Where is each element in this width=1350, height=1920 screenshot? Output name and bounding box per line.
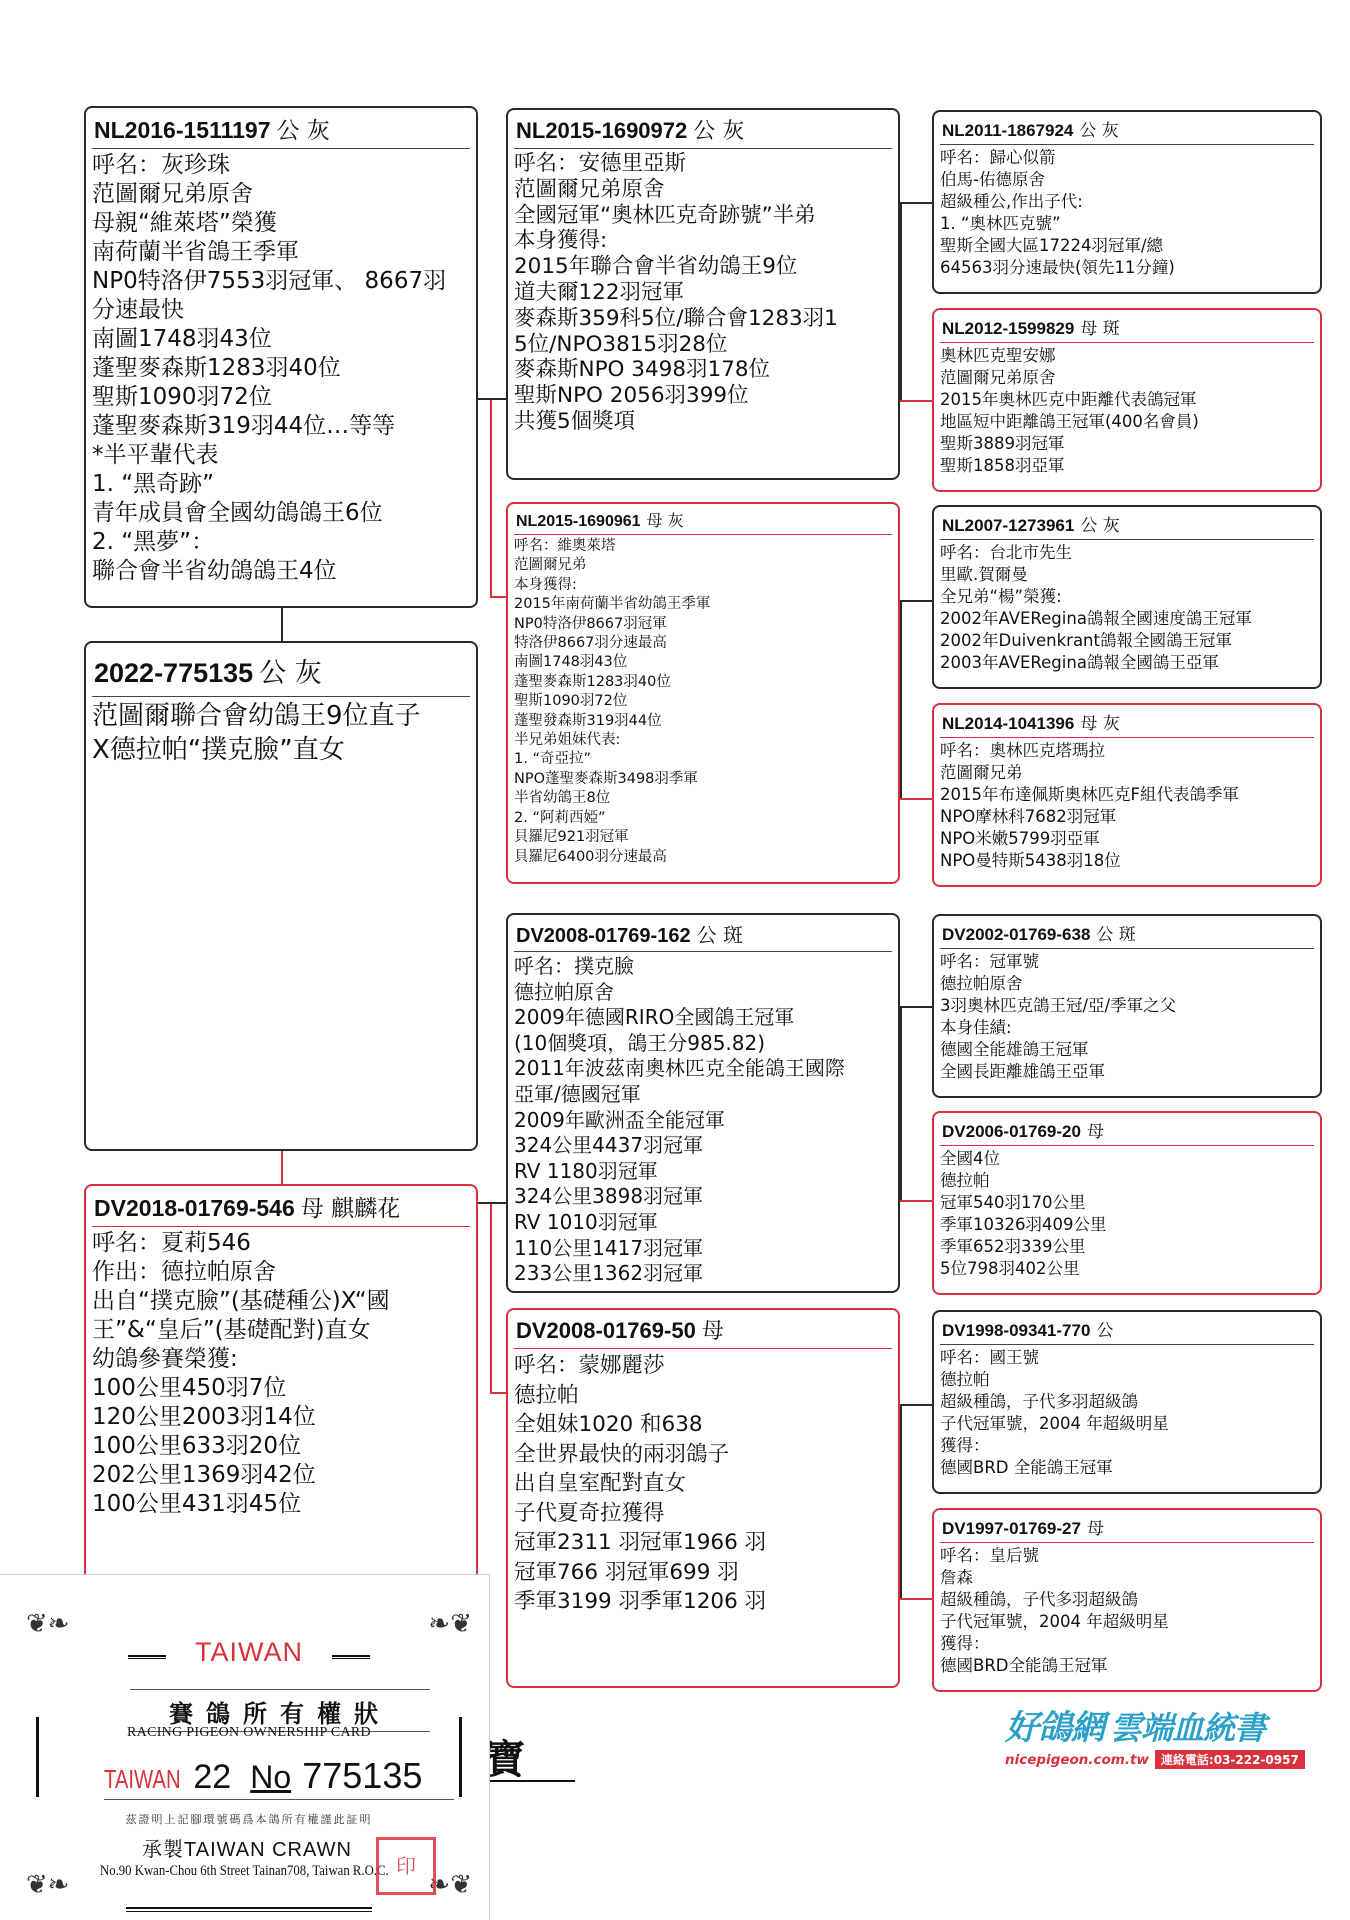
- ss-dam-card: NL2012-1599829母 斑 奧林匹克聖安娜 范圖爾兄弟原舍 2015年奧…: [932, 308, 1322, 492]
- note-line: 出自“撲克臉”(基礎種公)X“國: [92, 1287, 470, 1316]
- dam-sire-sex-color: 公 斑: [697, 923, 743, 947]
- dam-sire-notes: 呼名：撲克臉 德拉帕原舍 2009年德國RIRO全國鴿王冠軍 (10個獎項，鴿王…: [508, 952, 898, 1289]
- sire-sire-ring: NL2015-1690972: [516, 118, 687, 143]
- note-line: 麥森斯NPO 3498羽178位: [514, 357, 892, 383]
- connector-ss-dam-h: [900, 400, 932, 402]
- connector-sire-dam-h: [490, 596, 506, 598]
- certificate-frame: ❦❧ ❧❦ ❦❧ ❧❦ TAIWAN 賽鴿所有權狀 RACING PIGEON …: [34, 1615, 464, 1890]
- note-line: 德拉帕原舍: [514, 980, 892, 1006]
- signature-line: [485, 1780, 575, 1782]
- connector-ds-sire-h: [900, 1006, 932, 1008]
- connector-sire-subject: [281, 607, 283, 641]
- note-line: 子代冠軍號，2004 年超級明星: [940, 1413, 1314, 1435]
- note-line: 202公里1369羽42位: [92, 1461, 470, 1490]
- ring-number-row: TAIWAN 22 No 775135: [104, 1755, 454, 1800]
- connector-dam-dam-h: [490, 1392, 506, 1394]
- title-dash-right: [332, 1655, 370, 1659]
- dam-dam-ring: DV2008-01769-50: [516, 1318, 696, 1343]
- connector-sd-dam-h: [900, 798, 932, 800]
- note-line: 分速最快: [92, 296, 470, 325]
- note-line: 德拉帕: [514, 1381, 892, 1411]
- subject-ring: 2022-775135: [94, 658, 253, 688]
- dd-dam-card: DV1997-01769-27母 呼名：皇后號 詹森 超級種鴿，子代多羽超級鴿 …: [932, 1508, 1322, 1692]
- ds-sire-notes: 呼名：冠軍號 德拉帕原舍 3羽奧林匹克鴿王冠/亞/季軍之父 本身佳績: 德國全能…: [934, 949, 1320, 1085]
- connector-sd-sire-h: [900, 600, 932, 602]
- ds-sire-sex-color: 公 斑: [1096, 925, 1135, 945]
- note-line: 呼名：安德里亞斯: [514, 151, 892, 177]
- sire-dam-card: NL2015-1690961母 灰 呼名：維奧萊塔 范圖爾兄弟 本身獲得: 20…: [506, 502, 900, 884]
- sire-dam-ring: NL2015-1690961: [516, 513, 641, 530]
- brand-contact-row: nicepigeon.com.tw連絡電話:03-222-0957: [1005, 1749, 1325, 1769]
- ring-no-label: No: [250, 1759, 291, 1795]
- connector-dd-dam-h: [900, 1598, 932, 1600]
- dam-card: DV2018-01769-546母 麒麟花 呼名：夏莉546 作出：德拉帕原舍 …: [84, 1184, 478, 1604]
- note-line: 324公里3898羽冠軍: [514, 1184, 892, 1210]
- note-line: 呼名：皇后號: [940, 1545, 1314, 1567]
- note-line: 獲得：: [940, 1435, 1314, 1457]
- dam-dam-notes: 呼名：蒙娜麗莎 德拉帕 全姐妹1020 和638 全世界最快的兩羽鴿子 出自皇室…: [508, 1349, 898, 1619]
- note-line: 呼名：國王號: [940, 1347, 1314, 1369]
- note-line: RV 1180羽冠軍: [514, 1159, 892, 1185]
- dd-sire-card: DV1998-09341-770公 呼名：國王號 德拉帕 超級種鴿，子代多羽超級…: [932, 1310, 1322, 1494]
- sire-sire-header: NL2015-1690972公 灰: [514, 110, 892, 149]
- ss-sire-header: NL2011-1867924公 灰: [940, 112, 1314, 145]
- sd-dam-card: NL2014-1041396母 灰 呼名：奧林匹克塔瑪拉 范圖爾兄弟 2015年…: [932, 703, 1322, 887]
- sire-dam-header: NL2015-1690961母 灰: [514, 504, 892, 535]
- dam-header: DV2018-01769-546母 麒麟花: [92, 1186, 470, 1227]
- note-line: 2. “阿莉西婭”: [514, 809, 892, 828]
- note-line: 共獲5個獎項: [514, 409, 892, 435]
- sire-header: NL2016-1511197公 灰: [92, 108, 470, 149]
- note-line: 120公里2003羽14位: [92, 1403, 470, 1432]
- connector-sire-dam: [490, 398, 492, 598]
- maker-address: No.90 Kwan-Chou 6th Street Tainan708, Ta…: [100, 1863, 389, 1880]
- note-line: 出自皇室配對直女: [514, 1469, 892, 1499]
- note-line: 王”&“皇后”(基礎配對)直女: [92, 1316, 470, 1345]
- dam-ring: DV2018-01769-546: [94, 1195, 295, 1221]
- note-line: NP0特洛伊7553羽冠軍、 8667羽: [92, 267, 470, 296]
- note-line: NPO曼特斯5438羽18位: [940, 850, 1314, 872]
- connector-sire-sire-h: [478, 398, 506, 400]
- note-line: 呼名：夏莉546: [92, 1229, 470, 1258]
- dd-dam-sex-color: 母: [1087, 1519, 1104, 1539]
- ds-dam-header: DV2006-01769-20母: [940, 1113, 1314, 1146]
- ss-sire-sex-color: 公 灰: [1079, 121, 1118, 141]
- note-line: 2003年AVERegina鴿報全國鴿王亞軍: [940, 652, 1314, 674]
- note-line: 110公里1417羽冠軍: [514, 1236, 892, 1262]
- brand-footer: 好鴿網雲端血統書 nicepigeon.com.tw連絡電話:03-222-09…: [1005, 1700, 1325, 1790]
- note-line: 德國BRD 全能鴿王冠軍: [940, 1457, 1314, 1479]
- note-line: 1. “奧林匹克號”: [940, 213, 1314, 235]
- note-line: 里歐.賀爾曼: [940, 564, 1314, 586]
- note-line: 本身獲得:: [514, 576, 892, 595]
- brand-logo: 好鴿網雲端血統書: [1005, 1700, 1325, 1749]
- note-line: 2002年AVERegina鴿報全國速度鴿王冠軍: [940, 608, 1314, 630]
- note-line: 半省幼鴿王8位: [514, 789, 892, 808]
- note-line: 季軍652羽339公里: [940, 1236, 1314, 1258]
- sire-sire-sex-color: 公 灰: [693, 119, 744, 144]
- note-line: 亞軍/德國冠軍: [514, 1082, 892, 1108]
- note-line: 范圖爾兄弟原舍: [92, 180, 470, 209]
- note-line: 貝羅尼6400羽分速最高: [514, 848, 892, 867]
- connector-ds-dam-h: [900, 1200, 932, 1202]
- sire-ring: NL2016-1511197: [94, 117, 271, 143]
- note-line: 聖斯1090羽72位: [92, 383, 470, 412]
- note-line: 母親“維萊塔”榮獲: [92, 209, 470, 238]
- note-line: 聖斯NPO 2056羽399位: [514, 383, 892, 409]
- ss-sire-ring: NL2011-1867924: [942, 121, 1073, 140]
- ring-year: 22: [193, 1758, 231, 1796]
- note-line: 子代冠軍號，2004 年超級明星: [940, 1611, 1314, 1633]
- note-line: 范圖爾兄弟: [940, 762, 1314, 784]
- note-line: 冠軍540羽170公里: [940, 1192, 1314, 1214]
- note-line: 64563羽分速最快(領先11分鐘): [940, 257, 1314, 279]
- subject-sex-color: 公 灰: [259, 658, 322, 689]
- ownership-certificate: ❦❧ ❧❦ ❦❧ ❧❦ TAIWAN 賽鴿所有權狀 RACING PIGEON …: [0, 1574, 490, 1920]
- brand-logo-sub: 雲端血統書: [1110, 1709, 1265, 1747]
- signature-fragment: 寶: [485, 1728, 525, 1785]
- note-line: 特洛伊8667羽分速最高: [514, 634, 892, 653]
- dd-sire-sex-color: 公: [1096, 1321, 1113, 1341]
- note-line: 2. “黑夢”：: [92, 528, 470, 557]
- dam-dam-sex-color: 母: [702, 1319, 724, 1344]
- dd-dam-ring: DV1997-01769-27: [942, 1519, 1081, 1538]
- sd-dam-ring: NL2014-1041396: [942, 714, 1074, 733]
- note-line: 全國長距離雄鴿王亞軍: [940, 1061, 1314, 1083]
- dam-sire-ring: DV2008-01769-162: [516, 925, 691, 947]
- note-line: 100公里431羽45位: [92, 1490, 470, 1519]
- sire-dam-sex-color: 母 灰: [647, 511, 684, 530]
- note-line: 作出：德拉帕原舍: [92, 1258, 470, 1287]
- note-line: 德國全能雄鴿王冠軍: [940, 1039, 1314, 1061]
- note-line: 聯合會半省幼鴿鴿王4位: [92, 557, 470, 586]
- note-line: 范圖爾兄弟: [514, 556, 892, 575]
- ring-no-text: No: [250, 1759, 291, 1795]
- note-line: 伯馬-佑德原舍: [940, 169, 1314, 191]
- frame-bottom-line: [126, 1907, 372, 1912]
- note-line: RV 1010羽冠軍: [514, 1210, 892, 1236]
- connector-ss-sire-h: [900, 202, 932, 204]
- note-line: 2015年布達佩斯奧林匹克F組代表鴿季軍: [940, 784, 1314, 806]
- note-line: 聖斯3889羽冠軍: [940, 433, 1314, 455]
- note-line: 南荷蘭半省鴿王季軍: [92, 238, 470, 267]
- sd-dam-notes: 呼名：奧林匹克塔瑪拉 范圖爾兄弟 2015年布達佩斯奧林匹克F組代表鴿季軍 NP…: [934, 738, 1320, 874]
- dd-sire-notes: 呼名：國王號 德拉帕 超級種鴿，子代多羽超級鴿 子代冠軍號，2004 年超級明星…: [934, 1345, 1320, 1481]
- note-line: 1. “奇亞拉”: [514, 750, 892, 769]
- ring-prefix: TAIWAN: [104, 1764, 181, 1795]
- note-line: 蓬聖發森斯319羽44位: [514, 712, 892, 731]
- note-line: 超級種鴿，子代多羽超級鴿: [940, 1391, 1314, 1413]
- sd-sire-card: NL2007-1273961公 灰 呼名：台北市先生 里歐.賀爾曼 全兄弟“楊”…: [932, 505, 1322, 689]
- red-seal-stamp: 印: [376, 1837, 436, 1895]
- note-line: 季軍3199 羽季軍1206 羽: [514, 1587, 892, 1617]
- note-line: 100公里450羽7位: [92, 1374, 470, 1403]
- note-line: 聖斯全國大區17224羽冠軍/總: [940, 235, 1314, 257]
- note-line: 范圖爾聯合會幼鴿王9位直子: [92, 699, 470, 733]
- brand-website: nicepigeon.com.tw: [1005, 1752, 1149, 1768]
- ss-sire-card: NL2011-1867924公 灰 呼名：歸心似箭 伯馬-佑德原舍 超級種公,作…: [932, 110, 1322, 294]
- ring-number: 775135: [302, 1755, 422, 1796]
- sd-sire-sex-color: 公 灰: [1080, 516, 1119, 536]
- note-line: 超級種鴿，子代多羽超級鴿: [940, 1589, 1314, 1611]
- sire-sire-card: NL2015-1690972公 灰 呼名：安德里亞斯 范圖爾兄弟原舍 全國冠軍“…: [506, 108, 900, 480]
- note-line: 全姐妹1020 和638: [514, 1410, 892, 1440]
- sd-sire-ring: NL2007-1273961: [942, 516, 1074, 535]
- dam-dam-header: DV2008-01769-50母: [514, 1310, 892, 1349]
- note-line: 冠軍766 羽冠軍699 羽: [514, 1558, 892, 1588]
- connector-subject-dam: [281, 1150, 283, 1184]
- dam-dam-card: DV2008-01769-50母 呼名：蒙娜麗莎 德拉帕 全姐妹1020 和63…: [506, 1308, 900, 1688]
- note-line: *半平輩代表: [92, 441, 470, 470]
- note-line: 德拉帕: [940, 1170, 1314, 1192]
- dam-notes: 呼名：夏莉546 作出：德拉帕原舍 出自“撲克臉”(基礎種公)X“國 王”&“皇…: [86, 1227, 476, 1521]
- note-line: 子代夏奇拉獲得: [514, 1499, 892, 1529]
- subject-header: 2022-775135公 灰: [92, 643, 470, 697]
- note-line: 2015年南荷蘭半省幼鴿王季軍: [514, 595, 892, 614]
- note-line: 地區短中距離鴿王冠軍(400名會員): [940, 411, 1314, 433]
- note-line: 奧林匹克聖安娜: [940, 345, 1314, 367]
- note-line: 冠軍2311 羽冠軍1966 羽: [514, 1528, 892, 1558]
- note-line: 蓬聖麥森斯1283羽40位: [92, 354, 470, 383]
- ds-dam-ring: DV2006-01769-20: [942, 1122, 1081, 1141]
- connector-sd-h: [900, 600, 902, 800]
- note-line: 德拉帕原舍: [940, 973, 1314, 995]
- note-line: 南圖1748羽43位: [92, 325, 470, 354]
- note-line: 2011年波茲南奧林匹克全能鴿王國際: [514, 1056, 892, 1082]
- certificate-en-title: RACING PIGEON OWNERSHIP CARD: [34, 1725, 464, 1741]
- ss-dam-sex-color: 母 斑: [1080, 319, 1119, 339]
- note-line: 本身獲得:: [514, 228, 892, 254]
- sire-dam-notes: 呼名：維奧萊塔 范圖爾兄弟 本身獲得: 2015年南荷蘭半省幼鴿王季軍 NP0特…: [508, 535, 898, 869]
- ornament-icon: ❧❦: [428, 1609, 472, 1639]
- ss-dam-notes: 奧林匹克聖安娜 范圖爾兄弟原舍 2015年奧林匹克中距離代表鴿冠軍 地區短中距離…: [934, 343, 1320, 479]
- note-line: 蓬聖麥森斯319羽44位…等等: [92, 412, 470, 441]
- note-line: 2009年德國RIRO全國鴿王冠軍: [514, 1005, 892, 1031]
- sire-sex-color: 公 灰: [277, 118, 330, 144]
- note-line: 2015年奧林匹克中距離代表鴿冠軍: [940, 389, 1314, 411]
- dd-dam-header: DV1997-01769-27母: [940, 1510, 1314, 1543]
- sire-card: NL2016-1511197公 灰 呼名：灰珍珠 范圖爾兄弟原舍 母親“維萊塔”…: [84, 106, 478, 608]
- ds-sire-header: DV2002-01769-638公 斑: [940, 916, 1314, 949]
- note-line: 5位/NPO3815羽28位: [514, 332, 892, 358]
- note-line: 半兄弟姐妹代表:: [514, 731, 892, 750]
- dd-dam-notes: 呼名：皇后號 詹森 超級種鴿，子代多羽超級鴿 子代冠軍號，2004 年超級明星 …: [934, 1543, 1320, 1679]
- note-line: NP0特洛伊8667羽冠軍: [514, 615, 892, 634]
- note-line: 5位798羽402公里: [940, 1258, 1314, 1280]
- note-line: 呼名：蒙娜麗莎: [514, 1351, 892, 1381]
- certify-statement: 茲證明上記腳環號碼爲本鴿所有權謹此証明: [34, 1811, 464, 1827]
- note-line: 青年成員會全國幼鴿鴿王6位: [92, 499, 470, 528]
- note-line: NPO蓬聖麥森斯3498羽季軍: [514, 770, 892, 789]
- note-line: 幼鴿參賽榮獲:: [92, 1345, 470, 1374]
- note-line: 324公里4437羽冠軍: [514, 1133, 892, 1159]
- ds-sire-card: DV2002-01769-638公 斑 呼名：冠軍號 德拉帕原舍 3羽奧林匹克鴿…: [932, 914, 1322, 1098]
- note-line: (10個獎項，鴿王分985.82): [514, 1031, 892, 1057]
- note-line: 呼名：冠軍號: [940, 951, 1314, 973]
- note-line: NPO米嫩5799羽亞軍: [940, 828, 1314, 850]
- ds-sire-ring: DV2002-01769-638: [942, 925, 1090, 944]
- brand-logo-name: 好鴿網: [1005, 1708, 1104, 1748]
- note-line: 呼名：台北市先生: [940, 542, 1314, 564]
- sd-dam-header: NL2014-1041396母 灰: [940, 705, 1314, 738]
- dd-sire-ring: DV1998-09341-770: [942, 1321, 1090, 1340]
- note-line: 獲得：: [940, 1633, 1314, 1655]
- maker: 承製TAIWAN CRAWN: [142, 1833, 352, 1862]
- note-line: 德拉帕: [940, 1369, 1314, 1391]
- note-line: 南圖1748羽43位: [514, 653, 892, 672]
- sd-sire-notes: 呼名：台北市先生 里歐.賀爾曼 全兄弟“楊”榮獲: 2002年AVERegina…: [934, 540, 1320, 676]
- connector-ss-bracket: [900, 202, 902, 402]
- connector-dam-sire-h: [478, 1202, 506, 1204]
- note-line: 2002年Duivenkrant鴿報全國鴿王冠軍: [940, 630, 1314, 652]
- ss-dam-ring: NL2012-1599829: [942, 319, 1074, 338]
- ornament-icon: ❦❧: [26, 1609, 70, 1639]
- connector-ds-bracket: [900, 1006, 902, 1202]
- note-line: 呼名：歸心似箭: [940, 147, 1314, 169]
- note-line: 3羽奧林匹克鴿王冠/亞/季軍之父: [940, 995, 1314, 1017]
- ds-dam-notes: 全國4位 德拉帕 冠軍540羽170公里 季軍10326羽409公里 季軍652…: [934, 1146, 1320, 1282]
- dd-sire-header: DV1998-09341-770公: [940, 1312, 1314, 1345]
- dam-sire-header: DV2008-01769-162公 斑: [514, 915, 892, 952]
- note-line: 超級種公,作出子代:: [940, 191, 1314, 213]
- note-line: 全兄弟“楊”榮獲:: [940, 586, 1314, 608]
- note-line: 全國4位: [940, 1148, 1314, 1170]
- brand-phone: 連絡電話:03-222-0957: [1155, 1750, 1305, 1769]
- note-line: 貝羅尼921羽冠軍: [514, 828, 892, 847]
- ds-dam-sex-color: 母: [1087, 1122, 1104, 1142]
- note-line: 蓬聖麥森斯1283羽40位: [514, 673, 892, 692]
- note-line: 聖斯1090羽72位: [514, 692, 892, 711]
- subject-notes: 范圖爾聯合會幼鴿王9位直子 X德拉帕“撲克臉”直女: [86, 697, 476, 769]
- note-line: 2009年歐洲盃全能冠軍: [514, 1108, 892, 1134]
- subject-card: 2022-775135公 灰 范圖爾聯合會幼鴿王9位直子 X德拉帕“撲克臉”直女: [84, 641, 478, 1151]
- note-line: 聖斯1858羽亞軍: [940, 455, 1314, 477]
- note-line: 呼名：維奧萊塔: [514, 537, 892, 556]
- note-line: 呼名：撲克臉: [514, 954, 892, 980]
- note-line: X德拉帕“撲克臉”直女: [92, 733, 470, 767]
- sd-sire-header: NL2007-1273961公 灰: [940, 507, 1314, 540]
- certificate-country: TAIWAN: [34, 1637, 464, 1668]
- ss-sire-notes: 呼名：歸心似箭 伯馬-佑德原舍 超級種公,作出子代: 1. “奧林匹克號” 聖斯…: [934, 145, 1320, 281]
- sire-notes: 呼名：灰珍珠 范圖爾兄弟原舍 母親“維萊塔”榮獲 南荷蘭半省鴿王季軍 NP0特洛…: [86, 149, 476, 588]
- note-line: 呼名：奧林匹克塔瑪拉: [940, 740, 1314, 762]
- note-line: 呼名：灰珍珠: [92, 151, 470, 180]
- note-line: NPO摩林科7682羽冠軍: [940, 806, 1314, 828]
- note-line: 道夫爾122羽冠軍: [514, 280, 892, 306]
- note-line: 1. “黑奇跡”: [92, 470, 470, 499]
- note-line: 范圖爾兄弟原舍: [514, 177, 892, 203]
- ss-dam-header: NL2012-1599829母 斑: [940, 310, 1314, 343]
- dam-sex-color: 母 麒麟花: [301, 1196, 400, 1222]
- note-line: 本身佳績:: [940, 1017, 1314, 1039]
- note-line: 全世界最快的兩羽鴿子: [514, 1440, 892, 1470]
- connector-dd-sire-h: [900, 1404, 932, 1406]
- ds-dam-card: DV2006-01769-20母 全國4位 德拉帕 冠軍540羽170公里 季軍…: [932, 1111, 1322, 1295]
- sire-sire-notes: 呼名：安德里亞斯 范圖爾兄弟原舍 全國冠軍“奧林匹克奇跡號”半弟 本身獲得: 2…: [508, 149, 898, 437]
- note-line: 全國冠軍“奧林匹克奇跡號”半弟: [514, 203, 892, 229]
- note-line: 麥森斯359科5位/聯合會1283羽1: [514, 306, 892, 332]
- ornament-icon: ❦❧: [26, 1870, 70, 1900]
- sd-dam-sex-color: 母 灰: [1080, 714, 1119, 734]
- dam-sire-card: DV2008-01769-162公 斑 呼名：撲克臉 德拉帕原舍 2009年德國…: [506, 913, 900, 1293]
- note-line: 德國BRD全能鴿王冠軍: [940, 1655, 1314, 1677]
- note-line: 詹森: [940, 1567, 1314, 1589]
- note-line: 100公里633羽20位: [92, 1432, 470, 1461]
- note-line: 233公里1362羽冠軍: [514, 1261, 892, 1287]
- note-line: 季軍10326羽409公里: [940, 1214, 1314, 1236]
- note-line: 2015年聯合會半省幼鴿王9位: [514, 254, 892, 280]
- connector-dd-bracket: [900, 1404, 902, 1600]
- note-line: 范圖爾兄弟原舍: [940, 367, 1314, 389]
- connector-dam-vert: [490, 1202, 492, 1394]
